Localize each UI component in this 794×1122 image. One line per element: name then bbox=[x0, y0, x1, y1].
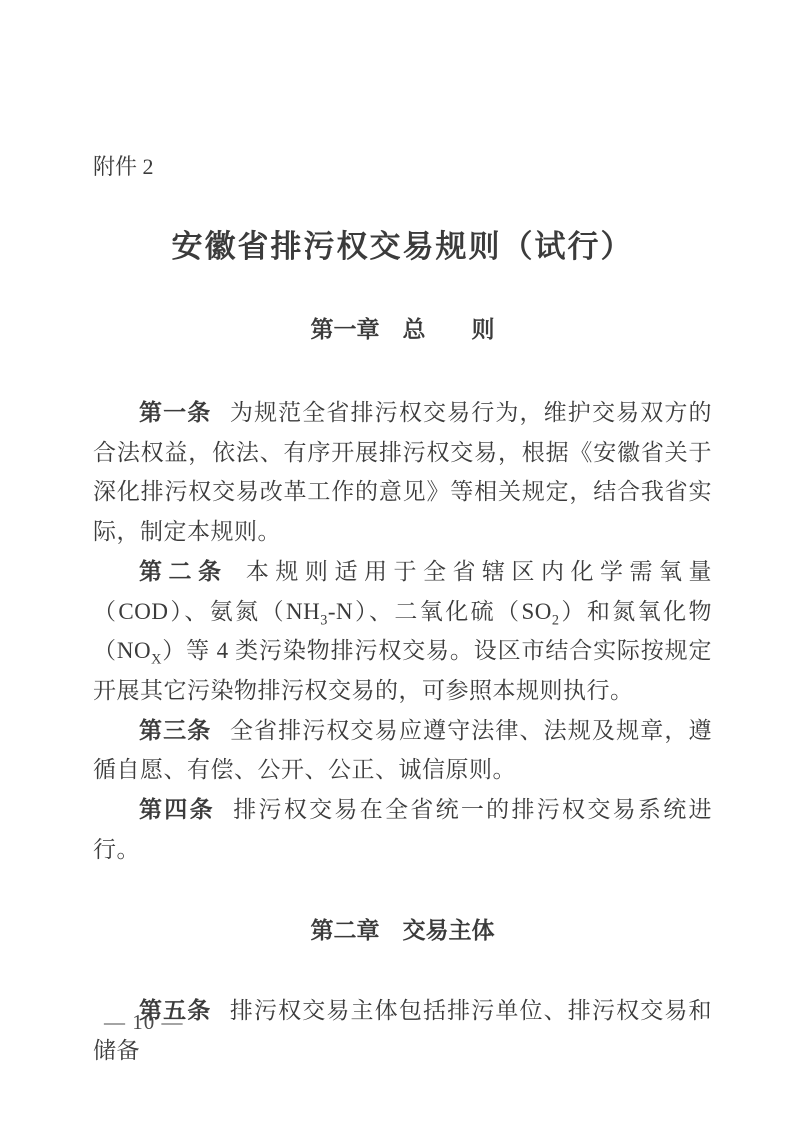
article-1: 第一条为规范全省排污权交易行为，维护交易双方的合法权益，依法、有序开展排污权交易… bbox=[93, 393, 712, 552]
article-5: 第五条排污权交易主体包括排污单位、排污权交易和储备 bbox=[93, 991, 712, 1070]
document-body: 第一条为规范全省排污权交易行为，维护交易双方的合法权益，依法、有序开展排污权交易… bbox=[93, 393, 712, 1071]
article-4-label: 第四条 bbox=[139, 797, 233, 822]
article-3-label: 第三条 bbox=[139, 718, 230, 743]
article-4: 第四条排污权交易在全省统一的排污权交易系统进行。 bbox=[93, 790, 712, 869]
article-2-label: 第二条 bbox=[139, 559, 246, 584]
page-content: 附件 2 安徽省排污权交易规则（试行） 第一章 总 则 第一条为规范全省排污权交… bbox=[93, 0, 712, 1071]
article-2-text-part-d: ）等 4 类污染物排污权交易。设区市结合实际按规定开展其它污染物排污权交易的，可… bbox=[93, 638, 712, 703]
document-title: 安徽省排污权交易规则（试行） bbox=[93, 225, 712, 269]
page-number: — 10 — bbox=[104, 1007, 184, 1037]
subscript-so2: 2 bbox=[552, 612, 560, 628]
subscript-nh3: 3 bbox=[320, 612, 328, 628]
chapter-1-heading: 第一章 总 则 bbox=[93, 310, 712, 350]
subscript-nox: X bbox=[151, 652, 162, 668]
article-1-label: 第一条 bbox=[139, 400, 230, 425]
scanned-document-page: 附件 2 安徽省排污权交易规则（试行） 第一章 总 则 第一条为规范全省排污权交… bbox=[0, 0, 794, 1122]
article-3: 第三条全省排污权交易应遵守法律、法规及规章，遵循自愿、有偿、公开、公正、诚信原则… bbox=[93, 711, 712, 790]
article-2: 第二条本规则适用于全省辖区内化学需氧量（COD）、氨氮（NH3-N）、二氧化硫（… bbox=[93, 552, 712, 711]
attachment-label: 附件 2 bbox=[93, 147, 712, 187]
chapter-2-heading: 第二章 交易主体 bbox=[93, 911, 712, 951]
article-2-text-part-b: -N）、二氧化硫（SO bbox=[328, 599, 552, 624]
